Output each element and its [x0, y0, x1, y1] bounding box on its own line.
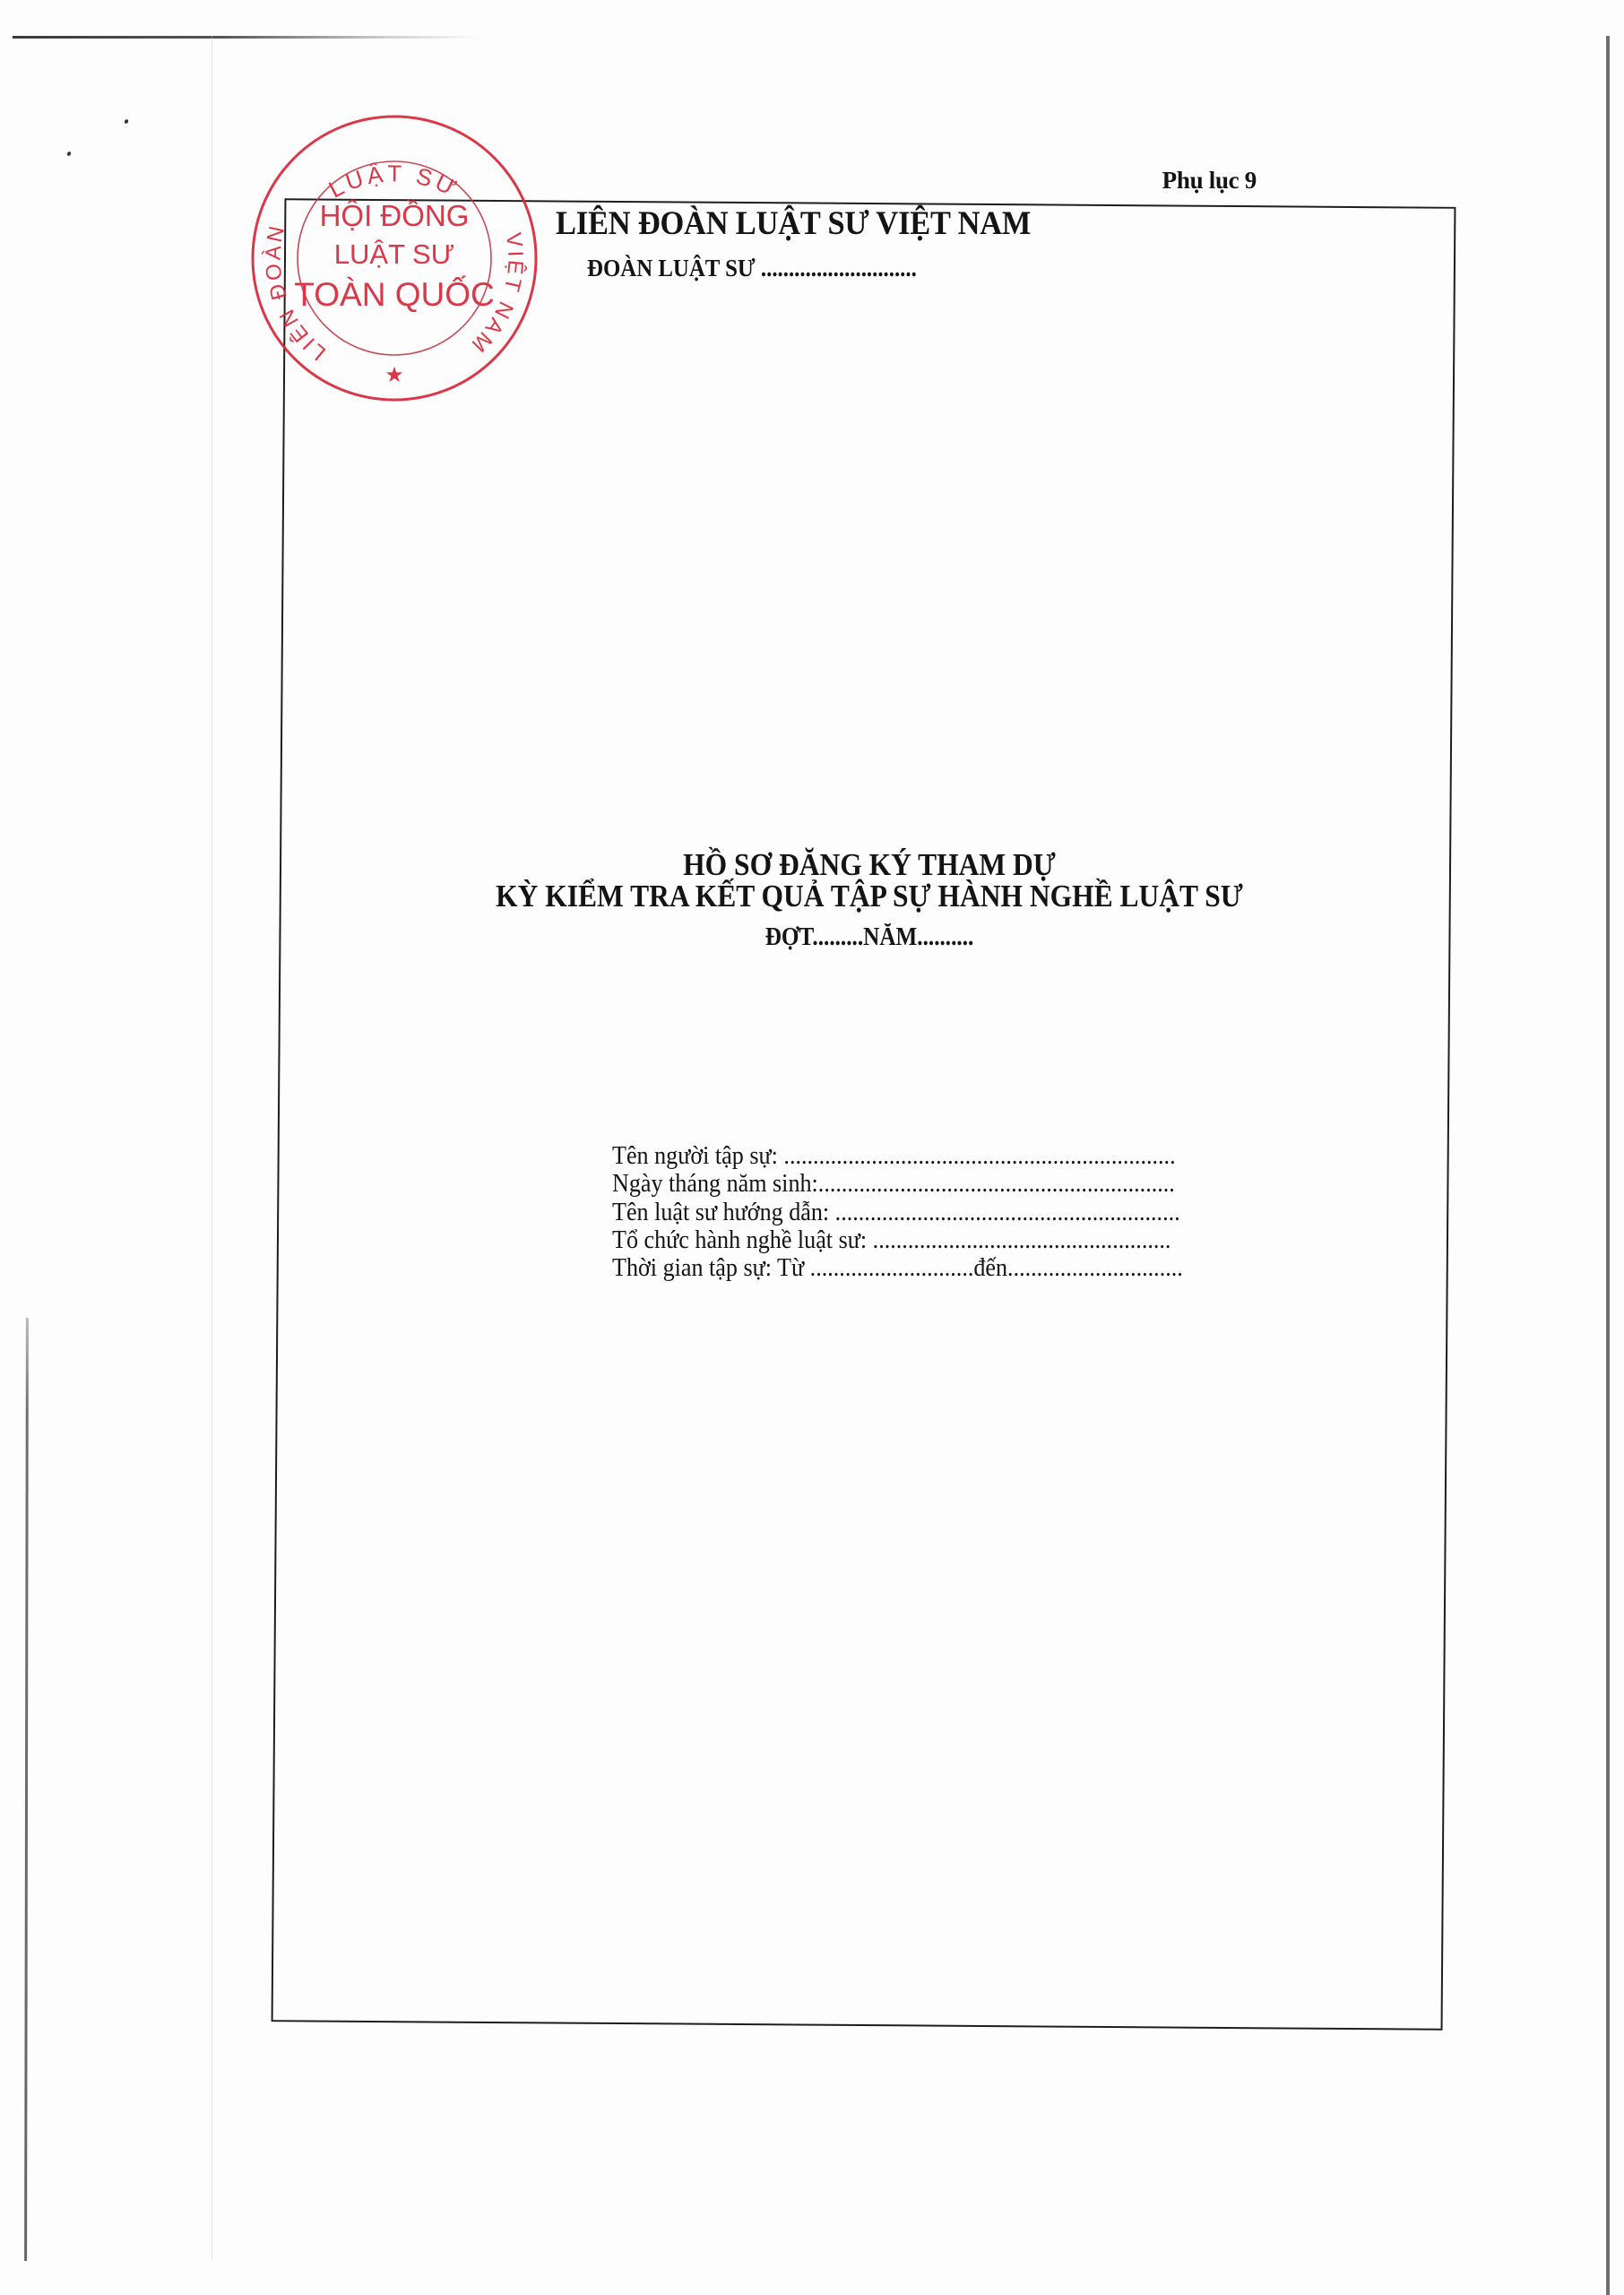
- svg-text:TOÀN QUỐC: TOÀN QUỐC: [294, 275, 494, 313]
- scan-fold-line: [212, 36, 212, 2259]
- field-date-of-birth[interactable]: Ngày tháng năm sinh:....................…: [612, 1170, 1274, 1198]
- document-title-line-2: KỲ KIỂM TRA KẾT QUẢ TẬP SỰ HÀNH NGHỀ LUẬ…: [329, 879, 1410, 914]
- scan-speck: [66, 151, 72, 156]
- scan-edge-right: [1606, 36, 1610, 2295]
- applicant-info-form: Tên người tập sự: ......................…: [612, 1142, 1347, 1282]
- field-trainee-name[interactable]: Tên người tập sự: ......................…: [612, 1142, 1274, 1170]
- svg-text:LUẬT SƯ: LUẬT SƯ: [334, 238, 454, 270]
- field-supervising-lawyer[interactable]: Tên luật sư hướng dẫn: .................…: [612, 1199, 1274, 1226]
- field-law-practice-organization[interactable]: Tổ chức hành nghề luật sư: .............…: [612, 1226, 1274, 1254]
- field-training-period[interactable]: Thời gian tập sự: Từ ...................…: [612, 1254, 1274, 1282]
- organization-title: LIÊN ĐOÀN LUẬT SƯ VIỆT NAM: [556, 204, 1122, 243]
- page-frame: [272, 198, 1456, 2031]
- bar-association-line: ĐOÀN LUẬT SƯ ...........................…: [587, 255, 1115, 282]
- official-seal: LUẬT SƯ LIÊN ĐOÀN VIỆT NAM HỘI ĐỒNG LUẬT…: [249, 113, 540, 403]
- svg-text:LUẬT SƯ: LUẬT SƯ: [324, 160, 464, 203]
- svg-text:HỘI ĐỒNG: HỘI ĐỒNG: [320, 199, 470, 232]
- scan-speck: [124, 118, 129, 124]
- scan-edge-left: [24, 1318, 29, 2261]
- document-title-line-3: ĐỢT.........NĂM..........: [329, 923, 1410, 952]
- star-icon: ★: [384, 363, 404, 387]
- document-title-line-1: HỒ SƠ ĐĂNG KÝ THAM DỰ: [329, 847, 1410, 883]
- appendix-label: Phụ lục 9: [1131, 167, 1257, 195]
- scan-edge-top: [13, 36, 479, 39]
- seal-stamp-icon: LUẬT SƯ LIÊN ĐOÀN VIỆT NAM HỘI ĐỒNG LUẬT…: [249, 113, 540, 403]
